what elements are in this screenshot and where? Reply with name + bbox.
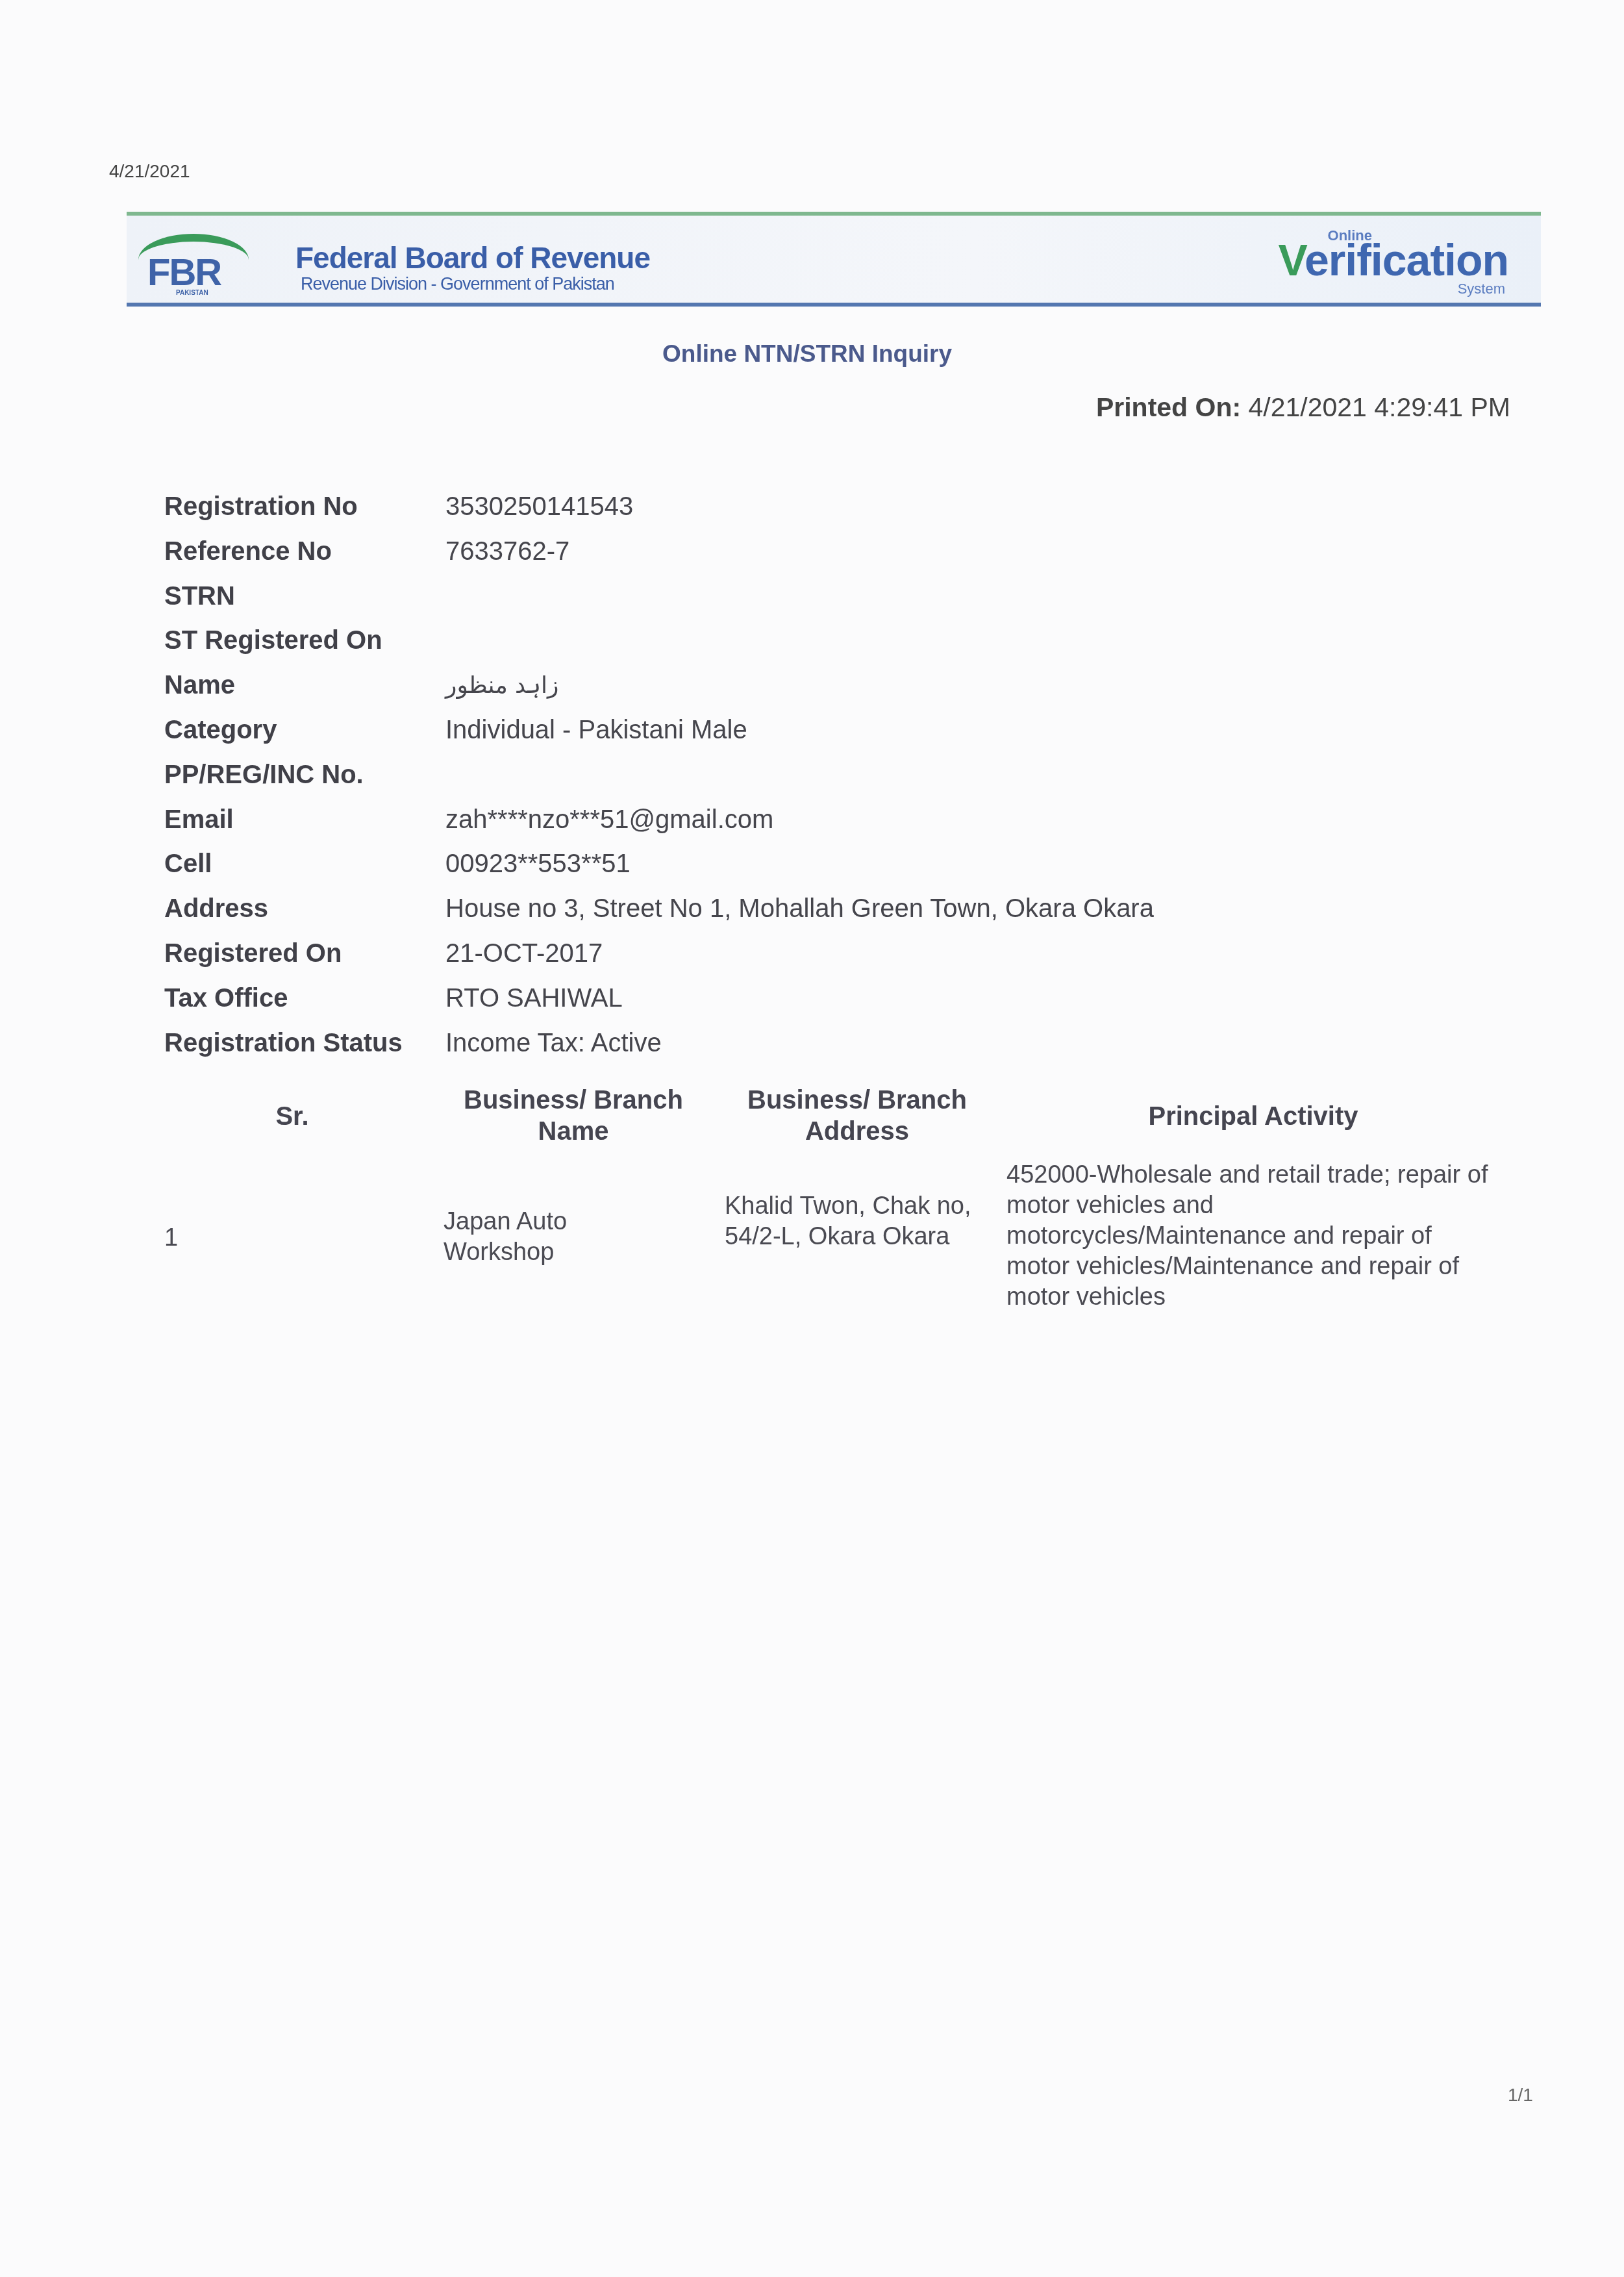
page-title: Online NTN/STRN Inquiry	[662, 340, 952, 368]
column-header: Business/ Branch Name	[434, 1085, 713, 1147]
printed-on-value: 4/21/2021 4:29:41 PM	[1249, 392, 1510, 422]
column-header: Principal Activity	[1003, 1101, 1503, 1132]
field-label: ST Registered On	[164, 626, 382, 655]
field-label: Tax Office	[164, 984, 288, 1013]
field-value: RTO SAHIWAL	[445, 984, 623, 1013]
fbr-banner: FBR PAKISTAN Federal Board of Revenue Re…	[127, 212, 1541, 307]
field-label: Cell	[164, 849, 212, 879]
table-cell: Khalid Twon, Chak no, 54/2-L, Okara Okar…	[725, 1191, 971, 1252]
field-label: Registered On	[164, 939, 342, 968]
field-label: STRN	[164, 582, 235, 611]
field-label: Category	[164, 716, 277, 745]
fbr-logo-text: FBR	[147, 251, 221, 294]
fbr-logo: FBR PAKISTAN	[138, 231, 249, 294]
field-value: 00923**553**51	[445, 849, 631, 879]
fbr-logo-subtext: PAKISTAN	[176, 290, 208, 297]
field-value: 21-OCT-2017	[445, 939, 603, 968]
field-value: Individual - Pakistani Male	[445, 716, 747, 745]
field-value: House no 3, Street No 1, Mohallah Green …	[445, 894, 1154, 924]
ovs-logo-text: erification	[1305, 236, 1508, 285]
print-header-date: 4/21/2021	[109, 161, 190, 182]
field-value: 3530250141543	[445, 492, 633, 522]
table-cell: Japan Auto Workshop	[443, 1207, 599, 1268]
field-label: Reference No	[164, 537, 332, 566]
org-subtitle: Revenue Division - Government of Pakista…	[301, 274, 614, 294]
field-value: 7633762-7	[445, 537, 569, 566]
field-value: zah****nzo***51@gmail.com	[445, 805, 773, 835]
field-label: Email	[164, 805, 234, 835]
field-value: زاہد منظور	[445, 672, 558, 699]
field-label: Name	[164, 671, 235, 700]
field-value: Income Tax: Active	[445, 1029, 662, 1058]
table-cell: 452000-Wholesale and retail trade; repai…	[1006, 1160, 1500, 1313]
org-name: Federal Board of Revenue	[295, 240, 650, 275]
ovs-system-label: System	[1458, 281, 1505, 297]
field-label: Address	[164, 894, 268, 924]
field-label: Registration Status	[164, 1029, 403, 1058]
column-header: Sr.	[214, 1101, 370, 1132]
field-label: Registration No	[164, 492, 358, 522]
ovs-logo: Verification	[1278, 235, 1508, 286]
column-header: Business/ Branch Address	[714, 1085, 1000, 1147]
printed-on: Printed On: 4/21/2021 4:29:41 PM	[1096, 392, 1510, 423]
page-number: 1/1	[1508, 2085, 1533, 2106]
printed-on-label: Printed On:	[1096, 392, 1241, 422]
checkmark-icon: V	[1278, 236, 1305, 285]
table-cell: 1	[164, 1223, 229, 1253]
field-label: PP/REG/INC No.	[164, 761, 364, 790]
